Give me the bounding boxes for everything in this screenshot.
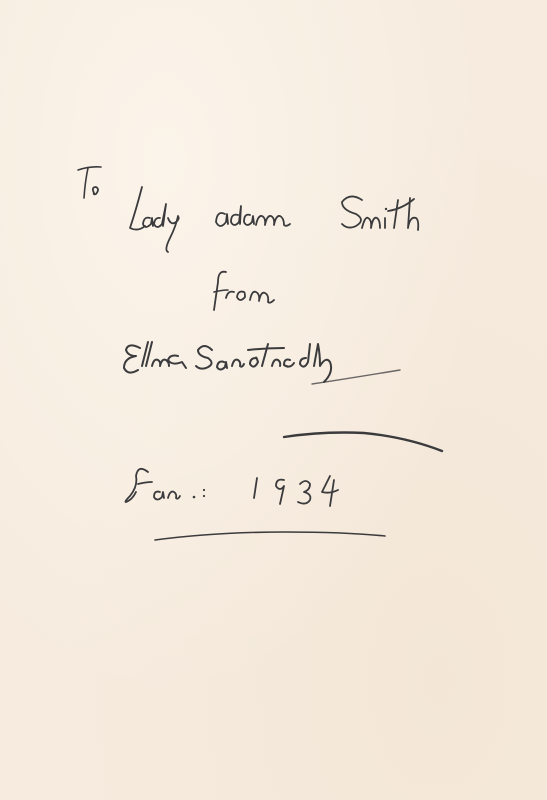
handwriting-smith: [342, 196, 418, 230]
handwriting-salutation: [78, 167, 101, 198]
handwriting-from: [214, 272, 274, 310]
book-flyleaf-page: To Lady Adam Smith from Ellen E. Southes…: [0, 0, 547, 800]
handwriting-date: [126, 469, 386, 540]
handwriting-signature: [124, 342, 442, 451]
handwriting-lady: [130, 187, 179, 252]
handwritten-inscription: [0, 0, 547, 800]
handwriting-adam: [216, 206, 290, 226]
